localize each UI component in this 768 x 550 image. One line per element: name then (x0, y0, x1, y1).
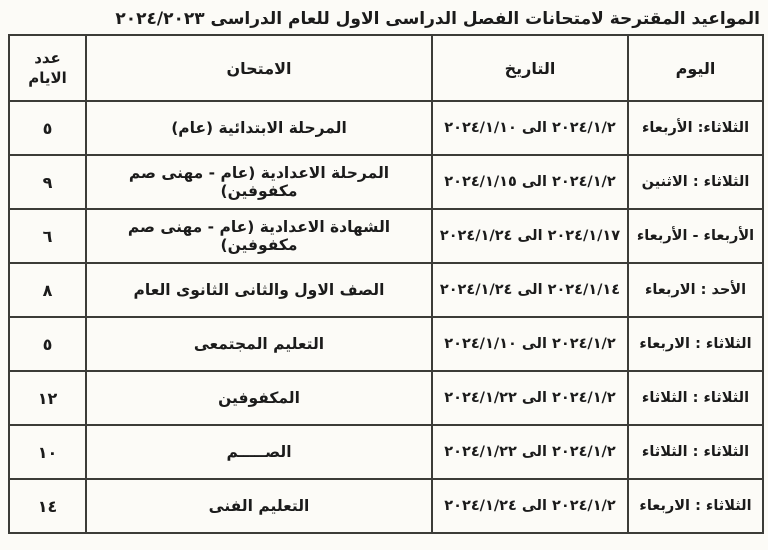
cell-day: الثلاثاء : الاربعاء (628, 317, 763, 371)
exam-schedule-table: اليوم التاريخ الامتحان عدد الايام الثلاث… (8, 34, 764, 534)
cell-days-count: ١٠ (9, 425, 86, 479)
cell-day: الثلاثاء : الثلاثاء (628, 425, 763, 479)
cell-exam: الشهادة الاعدادية (عام - مهنى صم مكفوفين… (86, 209, 432, 263)
cell-date: ٢٠٢٤/١/١٤ الى ٢٠٢٤/١/٢٤ (432, 263, 628, 317)
cell-day: الأحد : الاربعاء (628, 263, 763, 317)
cell-exam: الصف الاول والثانى الثانوى العام (86, 263, 432, 317)
cell-day: الأربعاء - الأربعاء (628, 209, 763, 263)
cell-days-count: ١٢ (9, 371, 86, 425)
cell-days-count: ١٤ (9, 479, 86, 533)
table-row: الثلاثاء : الثلاثاء ٢٠٢٤/١/٢ الى ٢٠٢٤/١/… (9, 425, 763, 479)
table-row: الثلاثاء : الاربعاء ٢٠٢٤/١/٢ الى ٢٠٢٤/١/… (9, 317, 763, 371)
scanned-document-page: المواعيد المقترحة لامتحانات الفصل الدراس… (0, 0, 768, 550)
table-row: الثلاثاء : الاربعاء ٢٠٢٤/١/٢ الى ٢٠٢٤/١/… (9, 479, 763, 533)
table-row: الثلاثاء: الأربعاء ٢٠٢٤/١/٢ الى ٢٠٢٤/١/١… (9, 101, 763, 155)
table-row: الأحد : الاربعاء ٢٠٢٤/١/١٤ الى ٢٠٢٤/١/٢٤… (9, 263, 763, 317)
cell-exam: المرحلة الابتدائية (عام) (86, 101, 432, 155)
cell-date: ٢٠٢٤/١/٢ الى ٢٠٢٤/١/١٠ (432, 317, 628, 371)
cell-day: الثلاثاء : الاثنين (628, 155, 763, 209)
cell-exam: المرحلة الاعدادية (عام - مهنى صم مكفوفين… (86, 155, 432, 209)
cell-day: الثلاثاء: الأربعاء (628, 101, 763, 155)
cell-date: ٢٠٢٤/١/٢ الى ٢٠٢٤/١/١٥ (432, 155, 628, 209)
cell-exam: المكفوفين (86, 371, 432, 425)
cell-days-count: ٥ (9, 317, 86, 371)
cell-days-count: ٨ (9, 263, 86, 317)
cell-day: الثلاثاء : الاربعاء (628, 479, 763, 533)
cell-date: ٢٠٢٤/١/٢ الى ٢٠٢٤/١/١٠ (432, 101, 628, 155)
table-row: الثلاثاء : الاثنين ٢٠٢٤/١/٢ الى ٢٠٢٤/١/١… (9, 155, 763, 209)
cell-exam: التعليم الفنى (86, 479, 432, 533)
header-date: التاريخ (432, 35, 628, 101)
table-row: الأربعاء - الأربعاء ٢٠٢٤/١/١٧ الى ٢٠٢٤/١… (9, 209, 763, 263)
cell-days-count: ٦ (9, 209, 86, 263)
header-day: اليوم (628, 35, 763, 101)
cell-date: ٢٠٢٤/١/٢ الى ٢٠٢٤/١/٢٢ (432, 425, 628, 479)
table-header-row: اليوم التاريخ الامتحان عدد الايام (9, 35, 763, 101)
cell-exam: التعليم المجتمعى (86, 317, 432, 371)
header-exam: الامتحان (86, 35, 432, 101)
cell-days-count: ٩ (9, 155, 86, 209)
table-row: الثلاثاء : الثلاثاء ٢٠٢٤/١/٢ الى ٢٠٢٤/١/… (9, 371, 763, 425)
cell-days-count: ٥ (9, 101, 86, 155)
cell-date: ٢٠٢٤/١/٢ الى ٢٠٢٤/١/٢٤ (432, 479, 628, 533)
page-title: المواعيد المقترحة لامتحانات الفصل الدراس… (0, 0, 768, 34)
header-days-count: عدد الايام (9, 35, 86, 101)
cell-date: ٢٠٢٤/١/١٧ الى ٢٠٢٤/١/٢٤ (432, 209, 628, 263)
cell-day: الثلاثاء : الثلاثاء (628, 371, 763, 425)
cell-exam: الصـــــم (86, 425, 432, 479)
cell-date: ٢٠٢٤/١/٢ الى ٢٠٢٤/١/٢٢ (432, 371, 628, 425)
